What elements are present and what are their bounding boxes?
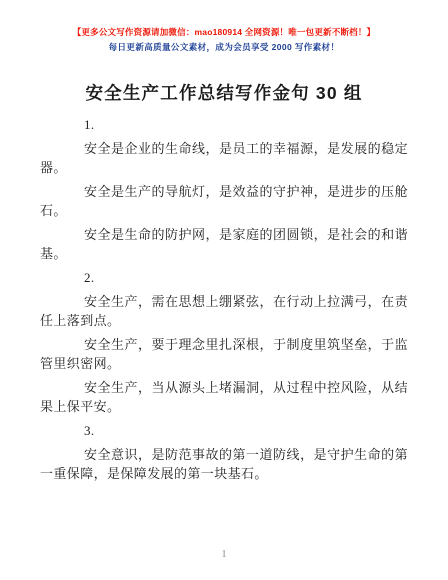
document-body: 1. 安全是企业的生命线，是员工的幸福源，是发展的稳定器。 安全是生产的导航灯，… (40, 115, 408, 483)
section-number: 1. (40, 115, 408, 134)
sentence-paragraph: 安全是生命的防护网，是家庭的团圆锁，是社会的和谐基。 (40, 225, 408, 263)
sentence-paragraph: 安全生产，当从源头上堵漏洞，从过程中控风险，从结果上保平安。 (40, 378, 408, 416)
sentence-paragraph: 安全意识，是防范事故的第一道防线，是守护生命的第一重保障，是保障发展的第一块基石… (40, 445, 408, 483)
sentence-paragraph: 安全生产，需在思想上绷紧弦，在行动上拉满弓，在责任上落到点。 (40, 292, 408, 330)
sentence-paragraph: 安全是生产的导航灯，是效益的守护神，是进步的压舱石。 (40, 182, 408, 220)
page-number: 1 (0, 549, 448, 560)
promo-line-blue: 每日更新高质量公文素材，成为会员享受 2000 写作素材！ (0, 41, 448, 53)
document-title: 安全生产工作总结写作金句 30 组 (0, 80, 448, 105)
section-number: 2. (40, 268, 408, 287)
promo-banner: 【更多公文写作资源请加微信：mao180914 全网资源！唯一包更新不断档！】 … (0, 0, 448, 53)
sentence-paragraph: 安全生产，要于理念里扎深根，于制度里筑坚垒，于监管里织密网。 (40, 335, 408, 373)
sentence-paragraph: 安全是企业的生命线，是员工的幸福源，是发展的稳定器。 (40, 139, 408, 177)
document-page: 【更多公文写作资源请加微信：mao180914 全网资源！唯一包更新不断档！】 … (0, 0, 448, 580)
section-number: 3. (40, 421, 408, 440)
promo-line-red: 【更多公文写作资源请加微信：mao180914 全网资源！唯一包更新不断档！】 (0, 26, 448, 38)
